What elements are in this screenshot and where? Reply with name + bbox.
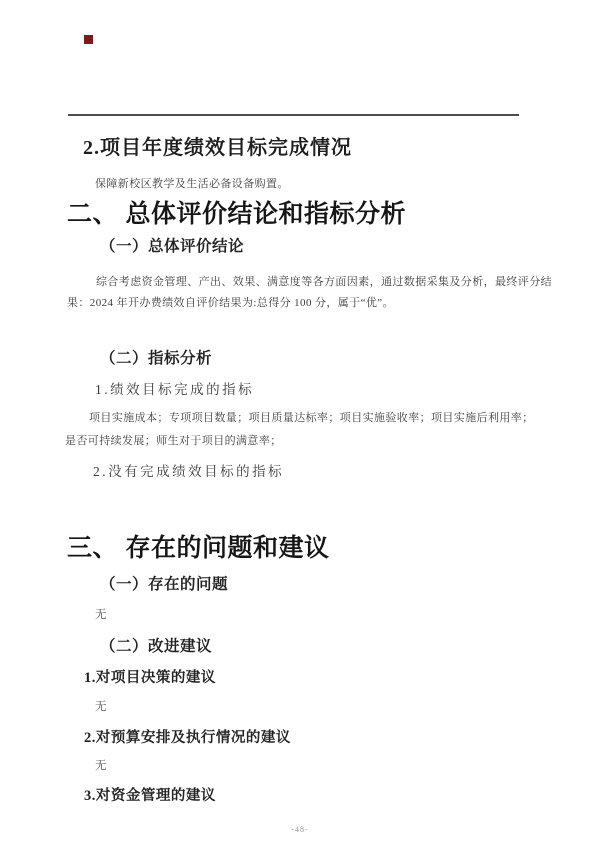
text-none-2: 无: [95, 701, 107, 714]
red-stamp-mark: [84, 35, 93, 44]
item-uncompleted-indicators: 2.没有完成绩效目标的指标: [93, 464, 284, 480]
item-project-decision-suggestion: 1.对项目决策的建议: [84, 670, 216, 687]
paragraph-conclusion-line2: 果：2024 年开办费绩效自评价结果为:总得分 100 分，属于“优”。: [67, 297, 394, 310]
text-none-1: 无: [95, 609, 107, 622]
text-none-3: 无: [95, 760, 107, 773]
subheading-overall-conclusion: （一）总体评价结论: [100, 238, 244, 256]
header-divider-line: [68, 114, 519, 116]
subheading-existing-problems: （一）存在的问题: [100, 576, 228, 594]
paragraph-indicators-line1: 项目实施成本；专项项目数量；项目质量达标率；项目实施验收率；项目实施后利用率；: [89, 412, 534, 425]
heading-annual-goal-completion: 2.项目年度绩效目标完成情况: [83, 137, 352, 160]
item-completed-indicators: 1.绩效目标完成的指标: [95, 382, 254, 398]
subheading-improvement-suggestions: （二）改进建议: [100, 638, 212, 656]
document-page: 2.项目年度绩效目标完成情况 保障新校区教学及生活必备设备购置。 二、 总体评价…: [0, 0, 600, 849]
paragraph-indicators-line2: 是否可持续发展；师生对于项目的满意率；: [65, 435, 282, 448]
paragraph-guarantee: 保障新校区教学及生活必备设备购置。: [95, 178, 289, 191]
section-title-overall-evaluation: 二、 总体评价结论和指标分析: [67, 200, 406, 229]
page-number: -48-: [0, 825, 600, 834]
item-budget-arrangement-suggestion: 2.对预算安排及执行情况的建议: [84, 730, 291, 747]
section-title-problems-suggestions: 三、 存在的问题和建议: [67, 534, 329, 563]
paragraph-conclusion-line1: 综合考虑资金管理、产出、效果、满意度等各方面因素，通过数据采集及分析，最终评分结: [96, 276, 552, 289]
subheading-indicator-analysis: （二）指标分析: [100, 350, 212, 368]
item-fund-management-suggestion: 3.对资金管理的建议: [84, 788, 216, 805]
